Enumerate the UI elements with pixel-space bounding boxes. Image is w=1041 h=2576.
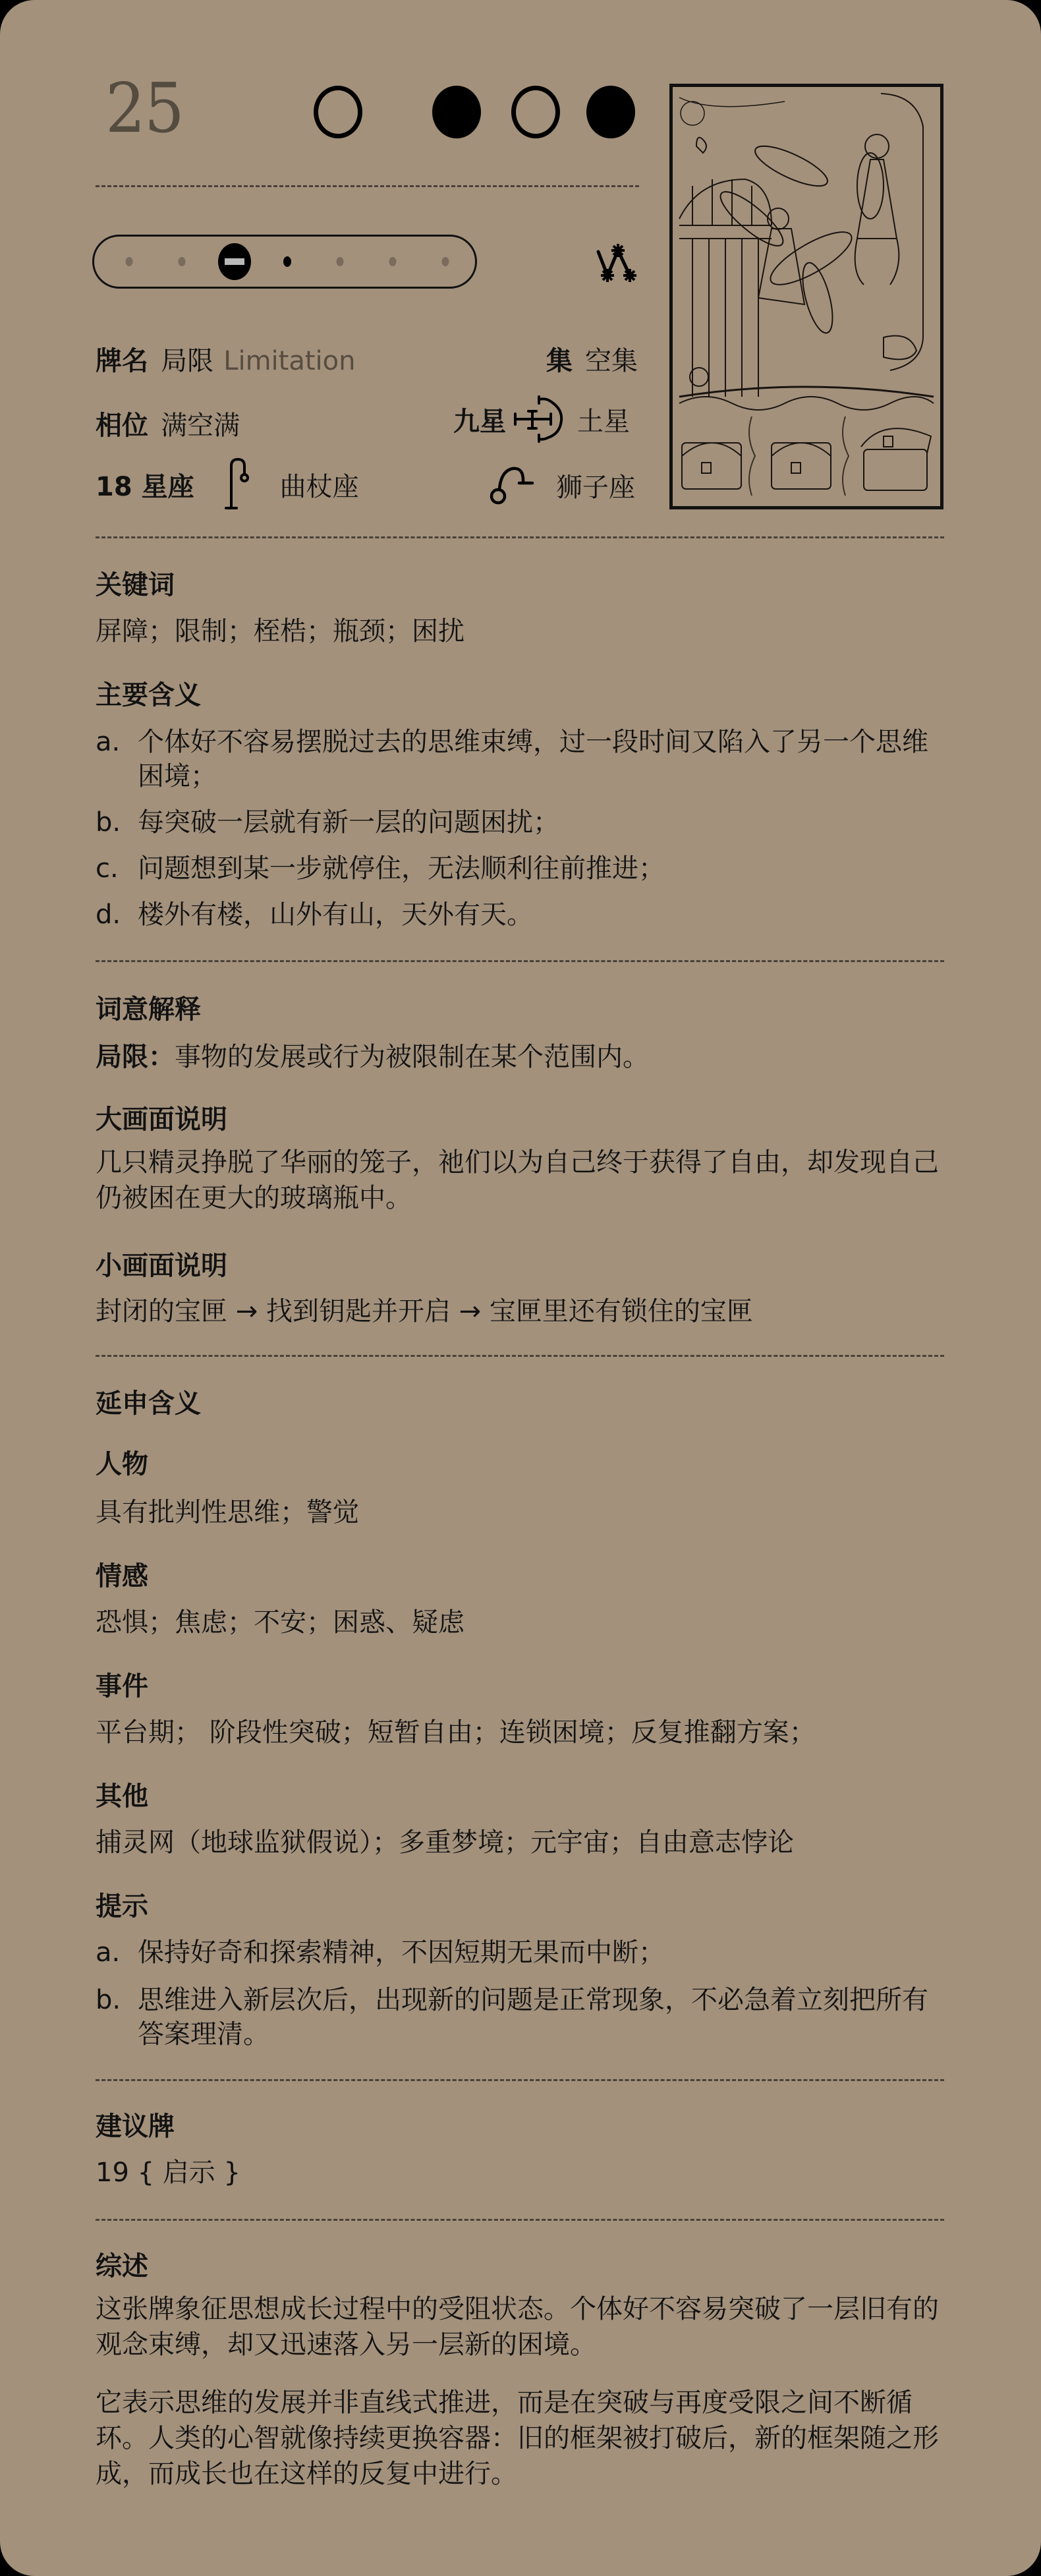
constellation-row: 18 星座 曲杖座 — [96, 455, 359, 514]
leo-icon — [489, 463, 536, 507]
card-detail-page: 25 牌名 局限 Limitation 集 — [0, 0, 1041, 2576]
planet-value: 土星 — [577, 401, 630, 438]
list-marker: c. — [96, 851, 138, 886]
list-text: 每突破一层就有新一层的问题困扰； — [138, 805, 952, 840]
list-marker: b. — [96, 805, 138, 840]
keywords-heading: 关键词 — [96, 572, 175, 598]
moon-phase-full-icon — [432, 86, 481, 138]
other-heading: 其他 — [96, 1783, 148, 1810]
emotion-text: 恐惧；焦虑；不安；困惑、疑虑 — [96, 1609, 464, 1636]
small-picture-heading: 小画面说明 — [96, 1253, 227, 1279]
summary-paragraph-1: 这张牌象征思想成长过程中的受阻状态。个体好不容易突破了一层旧有的观念束缚，却又迅… — [96, 2291, 939, 2362]
list-item: c. 问题想到某一步就停住，无法顺利往前推进； — [96, 851, 952, 886]
word-meaning-heading: 词意解释 — [96, 996, 201, 1023]
big-picture-heading: 大画面说明 — [96, 1106, 227, 1133]
list-item: b. 思维进入新层次后，出现新的问题是正常现象，不必急着立刻把所有答案理清。 — [96, 1983, 952, 2051]
list-item: a. 个体好不容易摆脱过去的思维束缚，过一段时间又陷入了另一个思维困境； — [96, 725, 952, 793]
staff-icon — [223, 457, 250, 512]
keywords-text: 屏障；限制；桎梏；瓶颈；困扰 — [96, 618, 464, 644]
people-heading: 人物 — [96, 1451, 148, 1477]
slider-dot[interactable] — [442, 257, 449, 266]
saturn-icon — [511, 395, 567, 443]
slider-thumb[interactable] — [218, 243, 251, 280]
slider-dot[interactable] — [126, 257, 133, 266]
word-meaning-row: 局限：事物的发展或行为被限制在某个范围内。 — [96, 1044, 649, 1070]
card-illustration — [669, 84, 943, 509]
moon-phase-full-icon — [586, 86, 635, 138]
list-text: 思维进入新层次后，出现新的问题是正常现象，不必急着立刻把所有答案理清。 — [138, 1983, 952, 2051]
main-meaning-heading: 主要含义 — [96, 682, 201, 708]
emotion-heading: 情感 — [96, 1563, 148, 1589]
word-meaning-definition: 事物的发展或行为被限制在某个范围内。 — [175, 1042, 649, 1072]
list-text: 楼外有楼，山外有山，天外有天。 — [138, 898, 952, 932]
card-name-english: Limitation — [223, 346, 355, 376]
list-marker: a. — [96, 725, 138, 793]
suggested-card-link[interactable]: 19 { 启示 } — [96, 2160, 240, 2186]
slider-dot[interactable] — [337, 257, 344, 266]
main-meaning-list: a. 个体好不容易摆脱过去的思维束缚，过一段时间又陷入了另一个思维困境； b. … — [96, 725, 952, 932]
phase-row: 相位 满空满 — [96, 405, 240, 442]
event-heading: 事件 — [96, 1673, 148, 1700]
tips-list: a. 保持好奇和探索精神，不因短期无果而中断； b. 思维进入新层次后，出现新的… — [96, 1935, 952, 2051]
list-marker: d. — [96, 898, 138, 932]
extended-heading: 延申含义 — [96, 1390, 201, 1417]
constellation-icon — [593, 243, 639, 287]
slider-dot[interactable] — [179, 257, 186, 266]
people-text: 具有批判性思维；警觉 — [96, 1499, 359, 1526]
list-item: d. 楼外有楼，山外有山，天外有天。 — [96, 898, 952, 932]
divider — [96, 536, 944, 538]
list-item: b. 每突破一层就有新一层的问题困扰； — [96, 805, 952, 840]
zodiac-row: 狮子座 — [489, 459, 635, 511]
small-picture-text: 封闭的宝匣 → 找到钥匙并开启 → 宝匣里还有锁住的宝匣 — [96, 1298, 753, 1325]
divider — [96, 1355, 944, 1357]
card-name-value: 局限 — [161, 346, 213, 376]
phase-label: 相位 — [96, 411, 148, 441]
word-meaning-term: 局限： — [96, 1042, 175, 1072]
list-text: 保持好奇和探索精神，不因短期无果而中断； — [138, 1935, 952, 1970]
other-text: 捕灵网（地球监狱假说）；多重梦境；元宇宙；自由意志悖论 — [96, 1829, 794, 1856]
planet-label: 九星 — [453, 401, 506, 438]
list-text: 问题想到某一步就停住，无法顺利往前推进； — [138, 851, 952, 886]
planet-row: 九星 土星 — [453, 395, 630, 443]
card-name-label: 牌名 — [96, 346, 148, 376]
summary-paragraph-2: 它表示思维的发展并非直线式推进，而是在突破与再度受限之间不断循环。人类的心智就像… — [96, 2385, 939, 2492]
event-text: 平台期； 阶段性突破；短暂自由；连锁困境；反复推翻方案； — [96, 1719, 816, 1746]
suggested-heading: 建议牌 — [96, 2113, 175, 2140]
card-set-row: 集 空集 — [546, 340, 638, 378]
position-slider[interactable] — [92, 235, 477, 289]
list-marker: a. — [96, 1935, 138, 1970]
card-number: 25 — [105, 74, 183, 142]
big-picture-text: 几只精灵挣脱了华丽的笼子，祂们以为自己终于获得了自由，却发现自己仍被困在更大的玻… — [96, 1145, 939, 1216]
constellation-value: 曲杖座 — [280, 466, 359, 503]
card-set-label: 集 — [546, 346, 573, 376]
list-marker: b. — [96, 1983, 138, 2051]
divider — [96, 2219, 944, 2221]
card-set-value: 空集 — [585, 346, 638, 376]
zodiac-value: 狮子座 — [556, 467, 635, 504]
phase-value: 满空满 — [161, 411, 240, 441]
summary-heading: 综述 — [96, 2253, 148, 2279]
divider — [96, 2079, 944, 2081]
card-illustration-art — [673, 87, 940, 506]
list-item: a. 保持好奇和探索精神，不因短期无果而中断； — [96, 1935, 952, 1970]
divider — [96, 960, 944, 962]
constellation-label: 18 星座 — [96, 466, 194, 503]
divider — [96, 185, 639, 187]
moon-phase-empty-icon — [511, 86, 560, 138]
tips-heading: 提示 — [96, 1893, 148, 1920]
slider-dot-marker[interactable] — [283, 256, 291, 267]
slider-dot[interactable] — [389, 257, 397, 266]
moon-phase-empty-icon — [314, 86, 362, 138]
list-text: 个体好不容易摆脱过去的思维束缚，过一段时间又陷入了另一个思维困境； — [138, 725, 952, 793]
card-name-row: 牌名 局限 Limitation — [96, 340, 355, 378]
